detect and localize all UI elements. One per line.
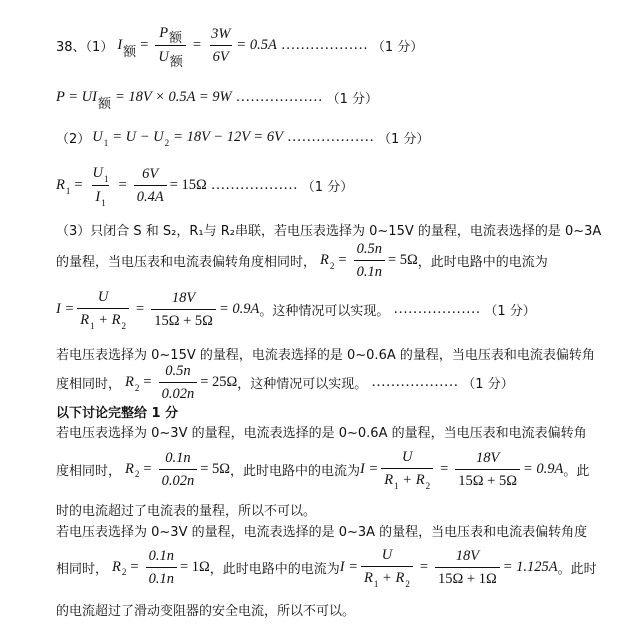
fraction-3w-over-6v: 3W 6V	[208, 25, 233, 66]
score-label: （1 分）	[372, 36, 423, 55]
fraction-18v-over-sum: 18V 15Ω + 5Ω	[151, 289, 216, 330]
leader-dots: ………………	[371, 374, 458, 391]
q38-part1-line: 38、（1） I额 = P额 U额 = 3W 6V = 0.5A ……………… …	[56, 24, 423, 67]
case-3v-3a-text: 若电压表选择为 0~3V 的量程，电流表选择的是 0~3A 的量程，当电压表和电…	[56, 521, 587, 540]
r1-line: R1 = U1 I1 = 6V 0.4A = 15Ω ……………… （1 分）	[56, 164, 353, 207]
fraction-u-over-r: U R1 + R2	[77, 288, 129, 330]
fraction-r2: 0.5n 0.1n	[354, 240, 385, 281]
leader-dots: ………………	[236, 89, 323, 106]
current-symbol: I	[117, 37, 122, 54]
leader-dots: ………………	[393, 301, 480, 318]
fraction-r2: 0.1n 0.02n	[159, 449, 198, 490]
fraction-r2: 0.5n 0.02n	[159, 362, 198, 403]
fraction-18v-over-sum: 18V 15Ω + 5Ω	[455, 449, 520, 490]
discussion-heading: 以下讨论完整给 1 分	[56, 402, 178, 421]
power-line: P = UI额 = 18V × 0.5A = 9W ……………… （1 分）	[56, 88, 378, 107]
case-3v-06a-text: 若电压表选择为 0~3V 的量程，电流表选择的是 0~0.6A 的量程，当电压表…	[56, 422, 587, 441]
fraction-u1-over-i1: U1 I1	[90, 164, 112, 207]
case-15v-06a-r2-line: 度相同时， R2 = 0.5n 0.02n = 25Ω ，这种情况可以实现。 ……	[56, 362, 514, 403]
case-3v-3a-conclusion: 的电流超过了滑动变阻器的安全电流，所以不可以。	[56, 600, 355, 619]
fraction-6v-over-04a: 6V 0.4A	[134, 165, 167, 206]
question-number: 38、（1）	[56, 36, 113, 55]
case-3v-06a-r2-line: 度相同时， R2 = 0.1n 0.02n = 5Ω ，此时电路中的电流为 I …	[56, 448, 589, 490]
score-label: （1 分）	[327, 88, 378, 107]
fraction-18v-over-sum: 18V 15Ω + 1Ω	[435, 547, 500, 588]
q38-part3-text: （3）只闭合 S 和 S₂，R₁与 R₂串联，若电压表选择为 0~15V 的量程…	[56, 220, 601, 239]
case-3v-06a-conclusion: 时的电流超过了电流表的量程，所以不可以。	[56, 500, 316, 519]
leader-dots: ………………	[211, 177, 298, 194]
score-label: （1 分）	[302, 176, 353, 195]
score-label: （1 分）	[484, 300, 535, 319]
fraction-u-over-r: U R1 + R2	[381, 448, 433, 490]
result: = 0.5A	[236, 37, 276, 54]
q38-part3-r2-line: 的量程，当电压表和电流表偏转角度相同时， R2 = 0.5n 0.1n = 5Ω…	[56, 240, 548, 281]
case-15v-06a-text: 若电压表选择为 0~15V 的量程，电流表选择的是 0~0.6A 的量程，当电压…	[56, 344, 595, 363]
q38-part2-line: （2） U1 = U − U2 = 18V − 12V = 6V ……………… …	[56, 128, 429, 147]
leader-dots: ………………	[287, 129, 374, 146]
fraction-p-over-u: P额 U额	[155, 24, 186, 67]
score-label: （1 分）	[462, 373, 513, 392]
fraction-u-over-r: U R1 + R2	[361, 546, 413, 588]
q38-part3-current-line: I = U R1 + R2 = 18V 15Ω + 5Ω = 0.9A 。这种情…	[56, 288, 536, 330]
fraction-r2: 0.1n 0.1n	[146, 547, 177, 588]
case-3v-3a-r2-line: 相同时， R2 = 0.1n 0.1n = 1Ω ，此时电路中的电流为 I = …	[56, 546, 597, 588]
score-label: （1 分）	[378, 128, 429, 147]
leader-dots: ………………	[281, 37, 368, 54]
